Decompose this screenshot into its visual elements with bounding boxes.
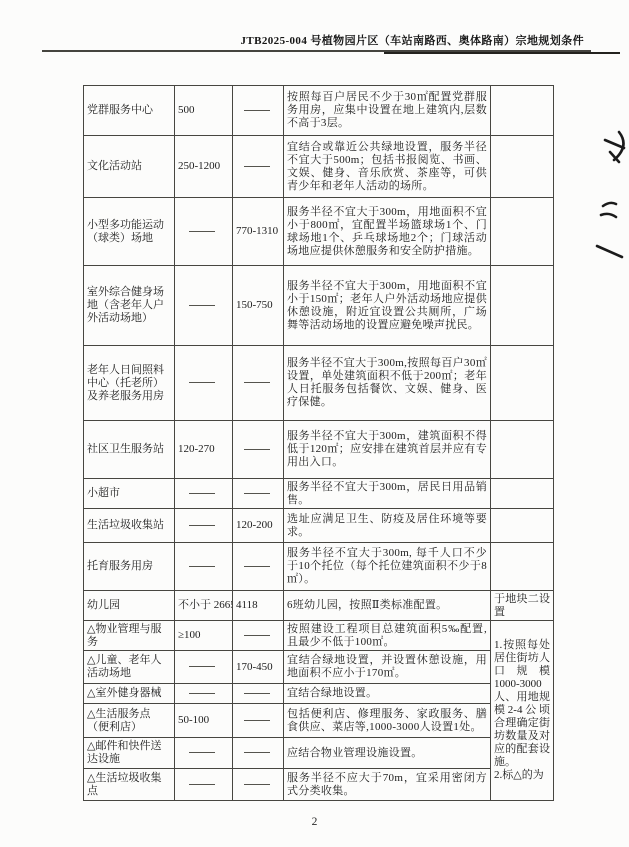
dash-placeholder: [189, 693, 215, 694]
remark-cell: [491, 86, 554, 136]
area-value-2-cell: 120-200: [233, 509, 284, 543]
table-row: 托育服务用房服务半径不宜大于300m, 每千人口不少于10个托位（每个托位建筑面…: [84, 543, 554, 591]
dash-placeholder: [189, 382, 215, 383]
table-row: 小超市服务半径不宜大于300m，居民日用品销售。: [84, 479, 554, 509]
area-value-1-cell: [175, 738, 233, 769]
area-value-1-cell: [175, 651, 233, 684]
facility-name-cell: △邮件和快件送达设施: [84, 738, 175, 769]
scanned-document-page: { "page": { "header": "JTB2025-004 号植物园片…: [0, 0, 629, 847]
facility-name-cell: △室外健身器械: [84, 684, 175, 704]
remark-cell: [491, 136, 554, 198]
facility-name-cell: 托育服务用房: [84, 543, 175, 591]
facility-requirements-table: 党群服务中心500按照每百户居民不少于30㎡配置党群服务用房，应集中设置在地上建…: [83, 85, 554, 801]
requirement-cell: 服务半径不宜大于300m，用地面积不宜小于800㎡，宜配置半场篮球场1个、门球场…: [284, 198, 491, 266]
area-value-1-cell: [175, 543, 233, 591]
requirement-cell: 宜结合绿地设置，并设置休憩设施，用地面积不应小于170㎡。: [284, 651, 491, 684]
remark-cell: [491, 543, 554, 591]
dash-placeholder: [189, 566, 215, 567]
area-value-2-cell: [233, 346, 284, 421]
facility-name-cell: 老年人日间照料中心（托老所）及养老服务用房: [84, 346, 175, 421]
area-value-2-cell: [233, 136, 284, 198]
area-value-1-cell: [175, 769, 233, 801]
table-row: △物业管理与服务≥100按照建设工程项目总建筑面积5‰配置,且最少不低于100㎡…: [84, 621, 554, 651]
table-row: 室外综合健身场地（含老年人户外活动场地）150-750服务半径不宜大于300m，…: [84, 266, 554, 346]
area-value-2-cell: 170-450: [233, 651, 284, 684]
area-value-1-cell: [175, 684, 233, 704]
area-value-1-cell: 不小于 2665: [175, 591, 233, 621]
area-value-2-cell: [233, 421, 284, 479]
dash-placeholder: [189, 493, 215, 494]
area-value-2-cell: 150-750: [233, 266, 284, 346]
remark-cell: [491, 198, 554, 266]
facility-name-cell: 室外综合健身场地（含老年人户外活动场地）: [84, 266, 175, 346]
requirement-cell: 服务半径不宜大于300m，居民日用品销售。: [284, 479, 491, 509]
requirement-cell: 宜结合绿地设置。: [284, 684, 491, 704]
requirement-cell: 选址应满足卫生、防疫及居住环境等要求。: [284, 509, 491, 543]
dash-placeholder: [244, 784, 270, 785]
facility-name-cell: 小超市: [84, 479, 175, 509]
table-row: 社区卫生服务站120-270服务半径不宜大于300m，建筑面积不得低于120㎡；…: [84, 421, 554, 479]
table-row: 生活垃圾收集站120-200选址应满足卫生、防疫及居住环境等要求。: [84, 509, 554, 543]
requirement-cell: 按照建设工程项目总建筑面积5‰配置,且最少不低于100㎡。: [284, 621, 491, 651]
remark-cell: 于地块二设置: [491, 591, 554, 621]
remark-merged-cell: 1.按照每处居住街坊人口规模1000-3000人、用地规模2-4公顷合理确定街坊…: [491, 621, 554, 801]
dash-placeholder: [189, 231, 215, 232]
dash-placeholder: [189, 784, 215, 785]
remark-cell: [491, 479, 554, 509]
area-value-2-cell: [233, 769, 284, 801]
table-row: 小型多功能运动（球类）场地770-1310服务半径不宜大于300m，用地面积不宜…: [84, 198, 554, 266]
area-value-1-cell: ≥100: [175, 621, 233, 651]
dash-placeholder: [244, 382, 270, 383]
table-row: 老年人日间照料中心（托老所）及养老服务用房服务半径不宜大于300m,按照每百户3…: [84, 346, 554, 421]
requirement-cell: 应结合物业管理设施设置。: [284, 738, 491, 769]
facility-name-cell: 社区卫生服务站: [84, 421, 175, 479]
dash-placeholder: [244, 635, 270, 636]
facility-name-cell: 小型多功能运动（球类）场地: [84, 198, 175, 266]
dash-placeholder: [244, 449, 270, 450]
requirement-cell: 服务半径不宜大于300m，建筑面积不得低于120㎡；应安排在建筑首层并应有专用出…: [284, 421, 491, 479]
table-row: △生活垃圾收集点服务半径不应大于70m，宜采用密闭方式分类收集。: [84, 769, 554, 801]
dash-placeholder: [189, 666, 215, 667]
requirement-cell: 服务半径不宜大于300m，用地面积不宜小于150㎡；老年人户外活动场地应提供休憩…: [284, 266, 491, 346]
area-value-2-cell: [233, 684, 284, 704]
dash-placeholder: [189, 752, 215, 753]
facility-name-cell: △儿童、老年人活动场地: [84, 651, 175, 684]
area-value-2-cell: 4118: [233, 591, 284, 621]
area-value-1-cell: 120-270: [175, 421, 233, 479]
page-number: 2: [0, 816, 629, 828]
table-row: 文化活动站250-1200宜结合或靠近公共绿地设置，服务半径不宜大于500m；包…: [84, 136, 554, 198]
page-header: JTB2025-004 号植物园片区（车站南路西、奥体路南）宗地规划条件: [0, 32, 584, 48]
area-value-1-cell: [175, 266, 233, 346]
area-value-1-cell: 250-1200: [175, 136, 233, 198]
table-row: △儿童、老年人活动场地170-450宜结合绿地设置，并设置休憩设施，用地面积不应…: [84, 651, 554, 684]
area-value-1-cell: [175, 198, 233, 266]
remark-cell: [491, 421, 554, 479]
facility-name-cell: 文化活动站: [84, 136, 175, 198]
requirement-cell: 6班幼儿园，按照Ⅱ类标准配置。: [284, 591, 491, 621]
remark-cell: [491, 509, 554, 543]
area-value-2-cell: [233, 621, 284, 651]
requirement-cell: 服务半径不应大于70m，宜采用密闭方式分类收集。: [284, 769, 491, 801]
area-value-2-cell: [233, 704, 284, 738]
facility-name-cell: △生活服务点（便利店）: [84, 704, 175, 738]
area-value-2-cell: [233, 738, 284, 769]
requirement-cell: 服务半径不宜大于300m,按照每百户30㎡设置，单处建筑面积不低于200㎡；老年…: [284, 346, 491, 421]
area-value-2-cell: [233, 86, 284, 136]
dash-placeholder: [244, 566, 270, 567]
area-value-1-cell: 50-100: [175, 704, 233, 738]
facility-name-cell: △生活垃圾收集点: [84, 769, 175, 801]
header-rule-dark-segment: [384, 52, 620, 55]
requirement-cell: 按照每百户居民不少于30㎡配置党群服务用房，应集中设置在地上建筑内,层数不高于3…: [284, 86, 491, 136]
remark-cell: [491, 266, 554, 346]
facility-name-cell: 党群服务中心: [84, 86, 175, 136]
dash-placeholder: [244, 752, 270, 753]
remark-cell: [491, 346, 554, 421]
requirement-cell: 包括便利店、修理服务、家政服务、膳食供应、菜店等,1000-3000人设置1处。: [284, 704, 491, 738]
area-value-1-cell: [175, 509, 233, 543]
area-value-2-cell: [233, 543, 284, 591]
dash-placeholder: [244, 166, 270, 167]
requirement-cell: 宜结合或靠近公共绿地设置，服务半径不宜大于500m；包括书报阅览、书画、文娱、健…: [284, 136, 491, 198]
requirement-cell: 服务半径不宜大于300m, 每千人口不少于10个托位（每个托位建筑面积不少于8㎡…: [284, 543, 491, 591]
dash-placeholder: [244, 693, 270, 694]
area-value-1-cell: 500: [175, 86, 233, 136]
facility-name-cell: 生活垃圾收集站: [84, 509, 175, 543]
area-value-2-cell: 770-1310: [233, 198, 284, 266]
table-row: 党群服务中心500按照每百户居民不少于30㎡配置党群服务用房，应集中设置在地上建…: [84, 86, 554, 136]
table-row: △生活服务点（便利店）50-100包括便利店、修理服务、家政服务、膳食供应、菜店…: [84, 704, 554, 738]
table-row: △室外健身器械宜结合绿地设置。: [84, 684, 554, 704]
facility-name-cell: △物业管理与服务: [84, 621, 175, 651]
table-row: △邮件和快件送达设施应结合物业管理设施设置。: [84, 738, 554, 769]
area-value-1-cell: [175, 346, 233, 421]
dash-placeholder: [244, 720, 270, 721]
facility-name-cell: 幼儿园: [84, 591, 175, 621]
dash-placeholder: [244, 110, 270, 111]
dash-placeholder: [189, 525, 215, 526]
dash-placeholder: [189, 305, 215, 306]
area-value-1-cell: [175, 479, 233, 509]
handwritten-pen-marks-icon: [553, 118, 629, 278]
table-row: 幼儿园不小于 266541186班幼儿园，按照Ⅱ类标准配置。于地块二设置: [84, 591, 554, 621]
dash-placeholder: [244, 493, 270, 494]
area-value-2-cell: [233, 479, 284, 509]
